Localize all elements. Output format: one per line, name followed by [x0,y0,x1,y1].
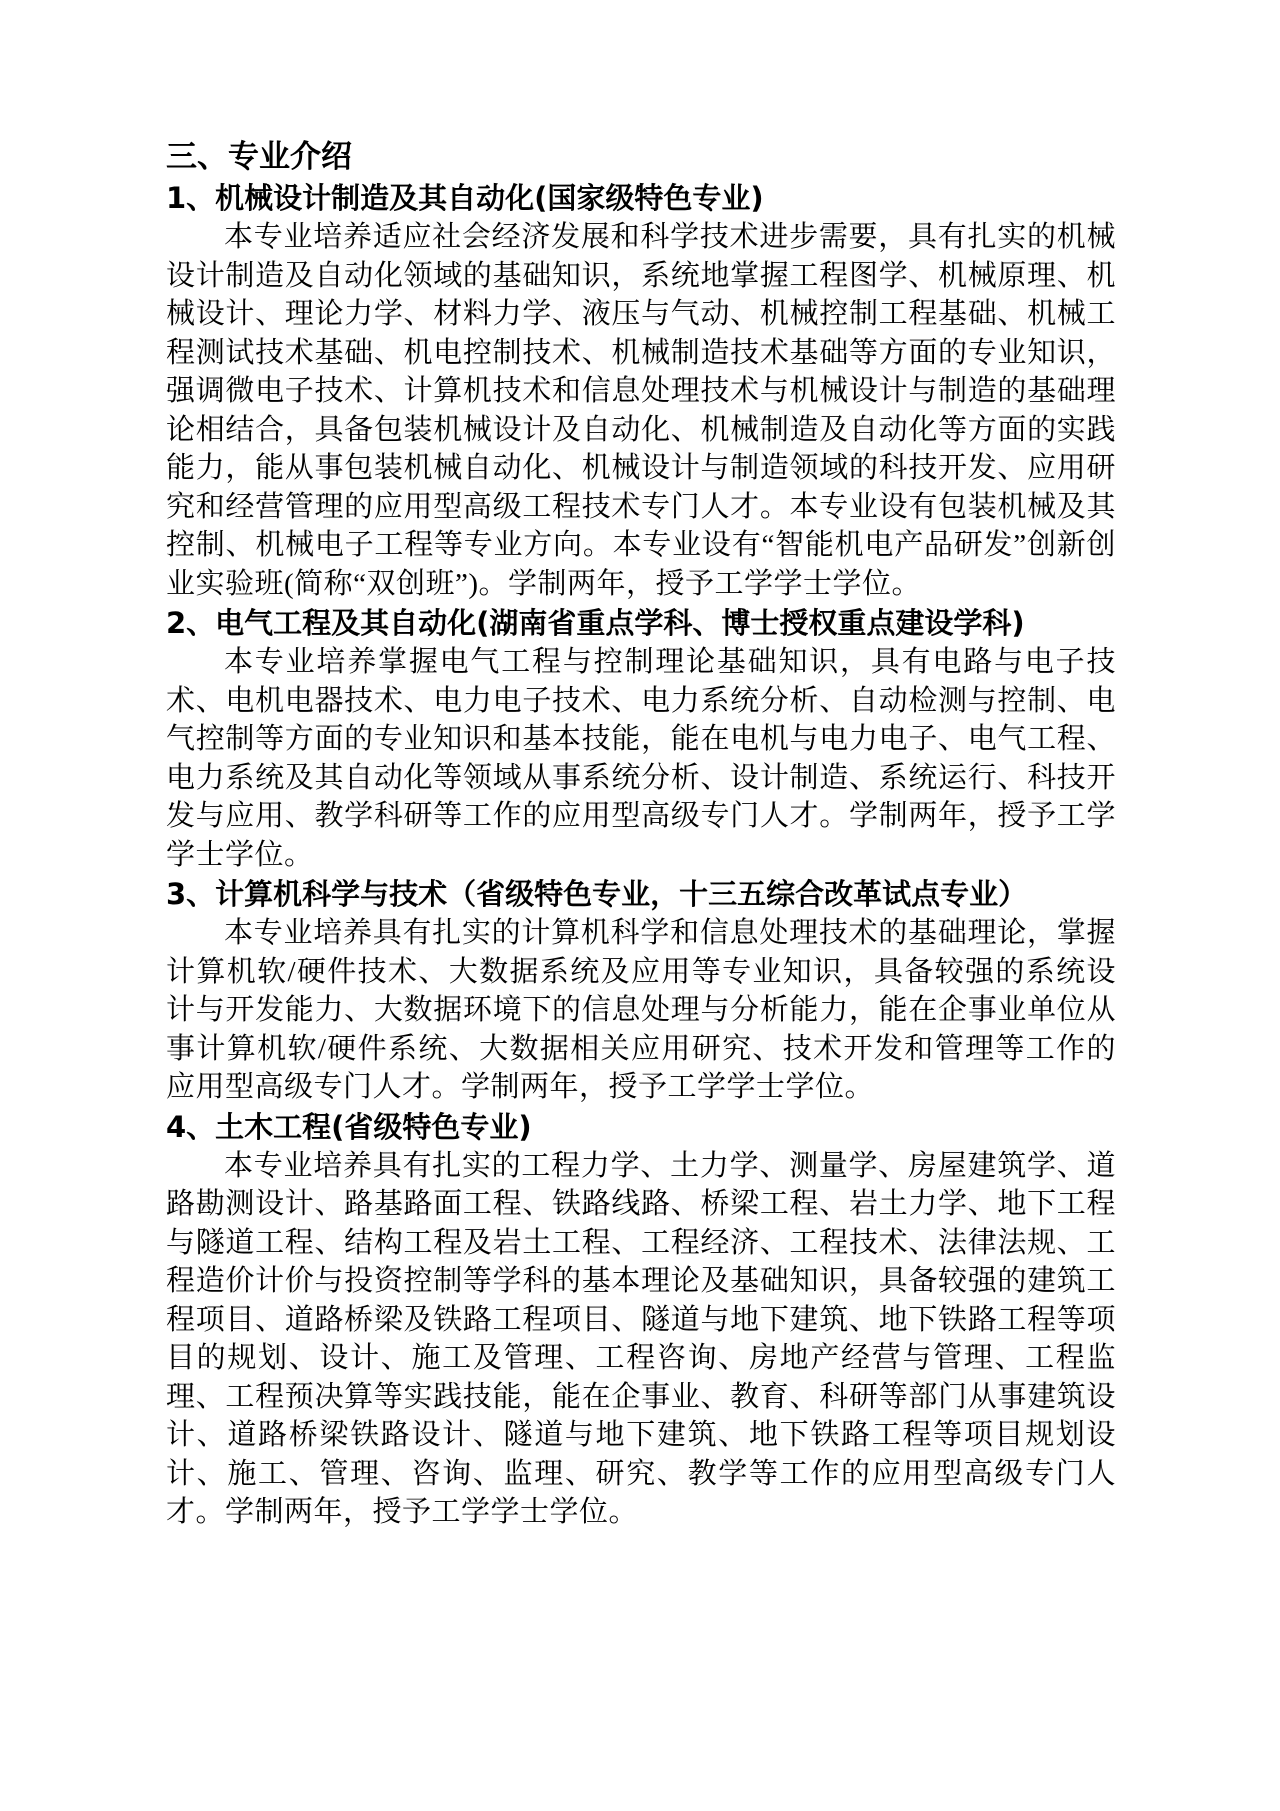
section-2-heading: 2、电气工程及其自动化(湖南省重点学科、博士授权重点建设学科) [166,603,1116,643]
section-4-heading: 4、土木工程(省级特色专业) [166,1107,1116,1147]
section-3-paragraph: 本专业培养具有扎实的计算机科学和信息处理技术的基础理论，掌握计算机软/硬件技术、… [166,914,1116,1107]
section-3-heading: 3、计算机科学与技术（省级特色专业，十三五综合改革试点专业） [166,874,1116,914]
section-2-paragraph: 本专业培养掌握电气工程与控制理论基础知识，具有电路与电子技术、电机电器技术、电力… [166,643,1116,874]
section-1-heading: 1、机械设计制造及其自动化(国家级特色专业) [166,178,1116,218]
document-page: 三、专业介绍 1、机械设计制造及其自动化(国家级特色专业)本专业培养适应社会经济… [0,0,1280,1811]
section-1-paragraph: 本专业培养适应社会经济发展和科学技术进步需要，具有扎实的机械设计制造及自动化领域… [166,218,1116,603]
section-4-paragraph: 本专业培养具有扎实的工程力学、土力学、测量学、房屋建筑学、道路勘测设计、路基路面… [166,1147,1116,1532]
page-title: 三、专业介绍 [166,136,1116,178]
sections-container: 1、机械设计制造及其自动化(国家级特色专业)本专业培养适应社会经济发展和科学技术… [166,178,1116,1532]
